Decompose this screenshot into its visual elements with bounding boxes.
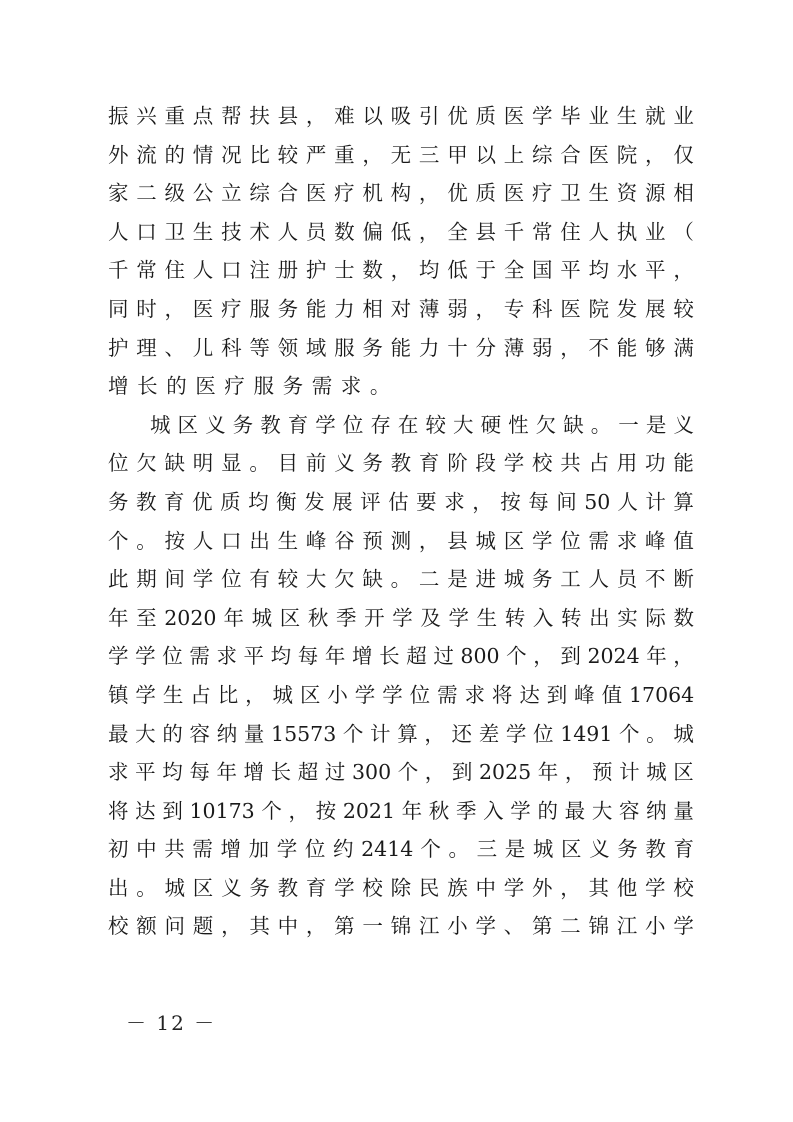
paragraph-1-line-5: 千 常 住 人 口 注 册 护 士 数 ， 均 低 于 全 国 平 均 水 平 …	[108, 251, 694, 290]
paragraph-2-line-2: 位 欠 缺 明 显 。 目 前 义 务 教 育 阶 段 学 校 共 占 用 功 …	[108, 444, 694, 483]
paragraph-2-line-8: 镇 学 生 占 比 ， 城 区 小 学 学 位 需 求 将 达 到 峰 值 17…	[108, 676, 694, 715]
paragraph-2-line-5: 此 期 间 学 位 有 较 大 欠 缺 。 二 是 进 城 务 工 人 员 不 …	[108, 560, 694, 599]
paragraph-1-line-6: 同 时 ， 医 疗 服 务 能 力 相 对 薄 弱 ， 专 科 医 院 发 展 …	[108, 290, 694, 329]
paragraph-2-line-9: 最 大 的 容 纳 量 15573 个 计 算 ， 还 差 学 位 1491 个…	[108, 715, 694, 754]
paragraph-2-line-10: 求 平 均 每 年 增 长 超 过 300 个 ， 到 2025 年 ， 预 计…	[108, 753, 694, 792]
paragraph-1-line-3: 家 二 级 公 立 综 合 医 疗 机 构 ， 优 质 医 疗 卫 生 资 源 …	[108, 174, 694, 213]
paragraph-1-line-4: 人 口 卫 生 技 术 人 员 数 偏 低 ， 全 县 千 常 住 人 执 业 …	[108, 213, 694, 252]
paragraph-2-line-3: 务 教 育 优 质 均 衡 发 展 评 估 要 求 ， 按 每 间 50 人 计…	[108, 483, 694, 522]
paragraph-1-line-2: 外 流 的 情 况 比 较 严 重 ， 无 三 甲 以 上 综 合 医 院 ， …	[108, 136, 694, 175]
paragraph-2-line-12: 初 中 共 需 增 加 学 位 约 2414 个 。 三 是 城 区 义 务 教…	[108, 830, 694, 869]
paragraph-2-line-7: 学 学 位 需 求 平 均 每 年 增 长 超 过 800 个 ， 到 2024…	[108, 637, 694, 676]
paragraph-2-line-13: 出 。 城 区 义 务 教 育 学 校 除 民 族 中 学 外 ， 其 他 学 …	[108, 869, 694, 908]
page-number: － 12 －	[126, 1007, 216, 1036]
paragraph-2-line-1: 城 区 义 务 教 育 学 位 存 在 较 大 硬 性 欠 缺 。 一 是 义 …	[108, 406, 694, 445]
paragraph-1-line-8: 增长的医疗服务需求。	[108, 367, 694, 406]
paragraph-2-line-14: 校 额 问 题 ， 其 中 ， 第 一 锦 江 小 学 、 第 二 锦 江 小 …	[108, 907, 694, 946]
document-page: 振 兴 重 点 帮 扶 县 ， 难 以 吸 引 优 质 医 学 毕 业 生 就 …	[0, 0, 793, 1122]
paragraph-2-line-6: 年 至 2020 年 城 区 秋 季 开 学 及 学 生 转 入 转 出 实 际…	[108, 599, 694, 638]
paragraph-1-line-7: 护 理 、 儿 科 等 领 域 服 务 能 力 十 分 薄 弱 ， 不 能 够 …	[108, 329, 694, 368]
paragraph-2-line-4: 个 。 按 人 口 出 生 峰 谷 预 测 ， 县 城 区 学 位 需 求 峰 …	[108, 522, 694, 561]
paragraph-1-line-1: 振 兴 重 点 帮 扶 县 ， 难 以 吸 引 优 质 医 学 毕 业 生 就 …	[108, 97, 694, 136]
paragraph-2-line-11: 将 达 到 10173 个 ， 按 2021 年 秋 季 入 学 的 最 大 容…	[108, 792, 694, 831]
body-text: 振 兴 重 点 帮 扶 县 ， 难 以 吸 引 优 质 医 学 毕 业 生 就 …	[108, 97, 694, 946]
